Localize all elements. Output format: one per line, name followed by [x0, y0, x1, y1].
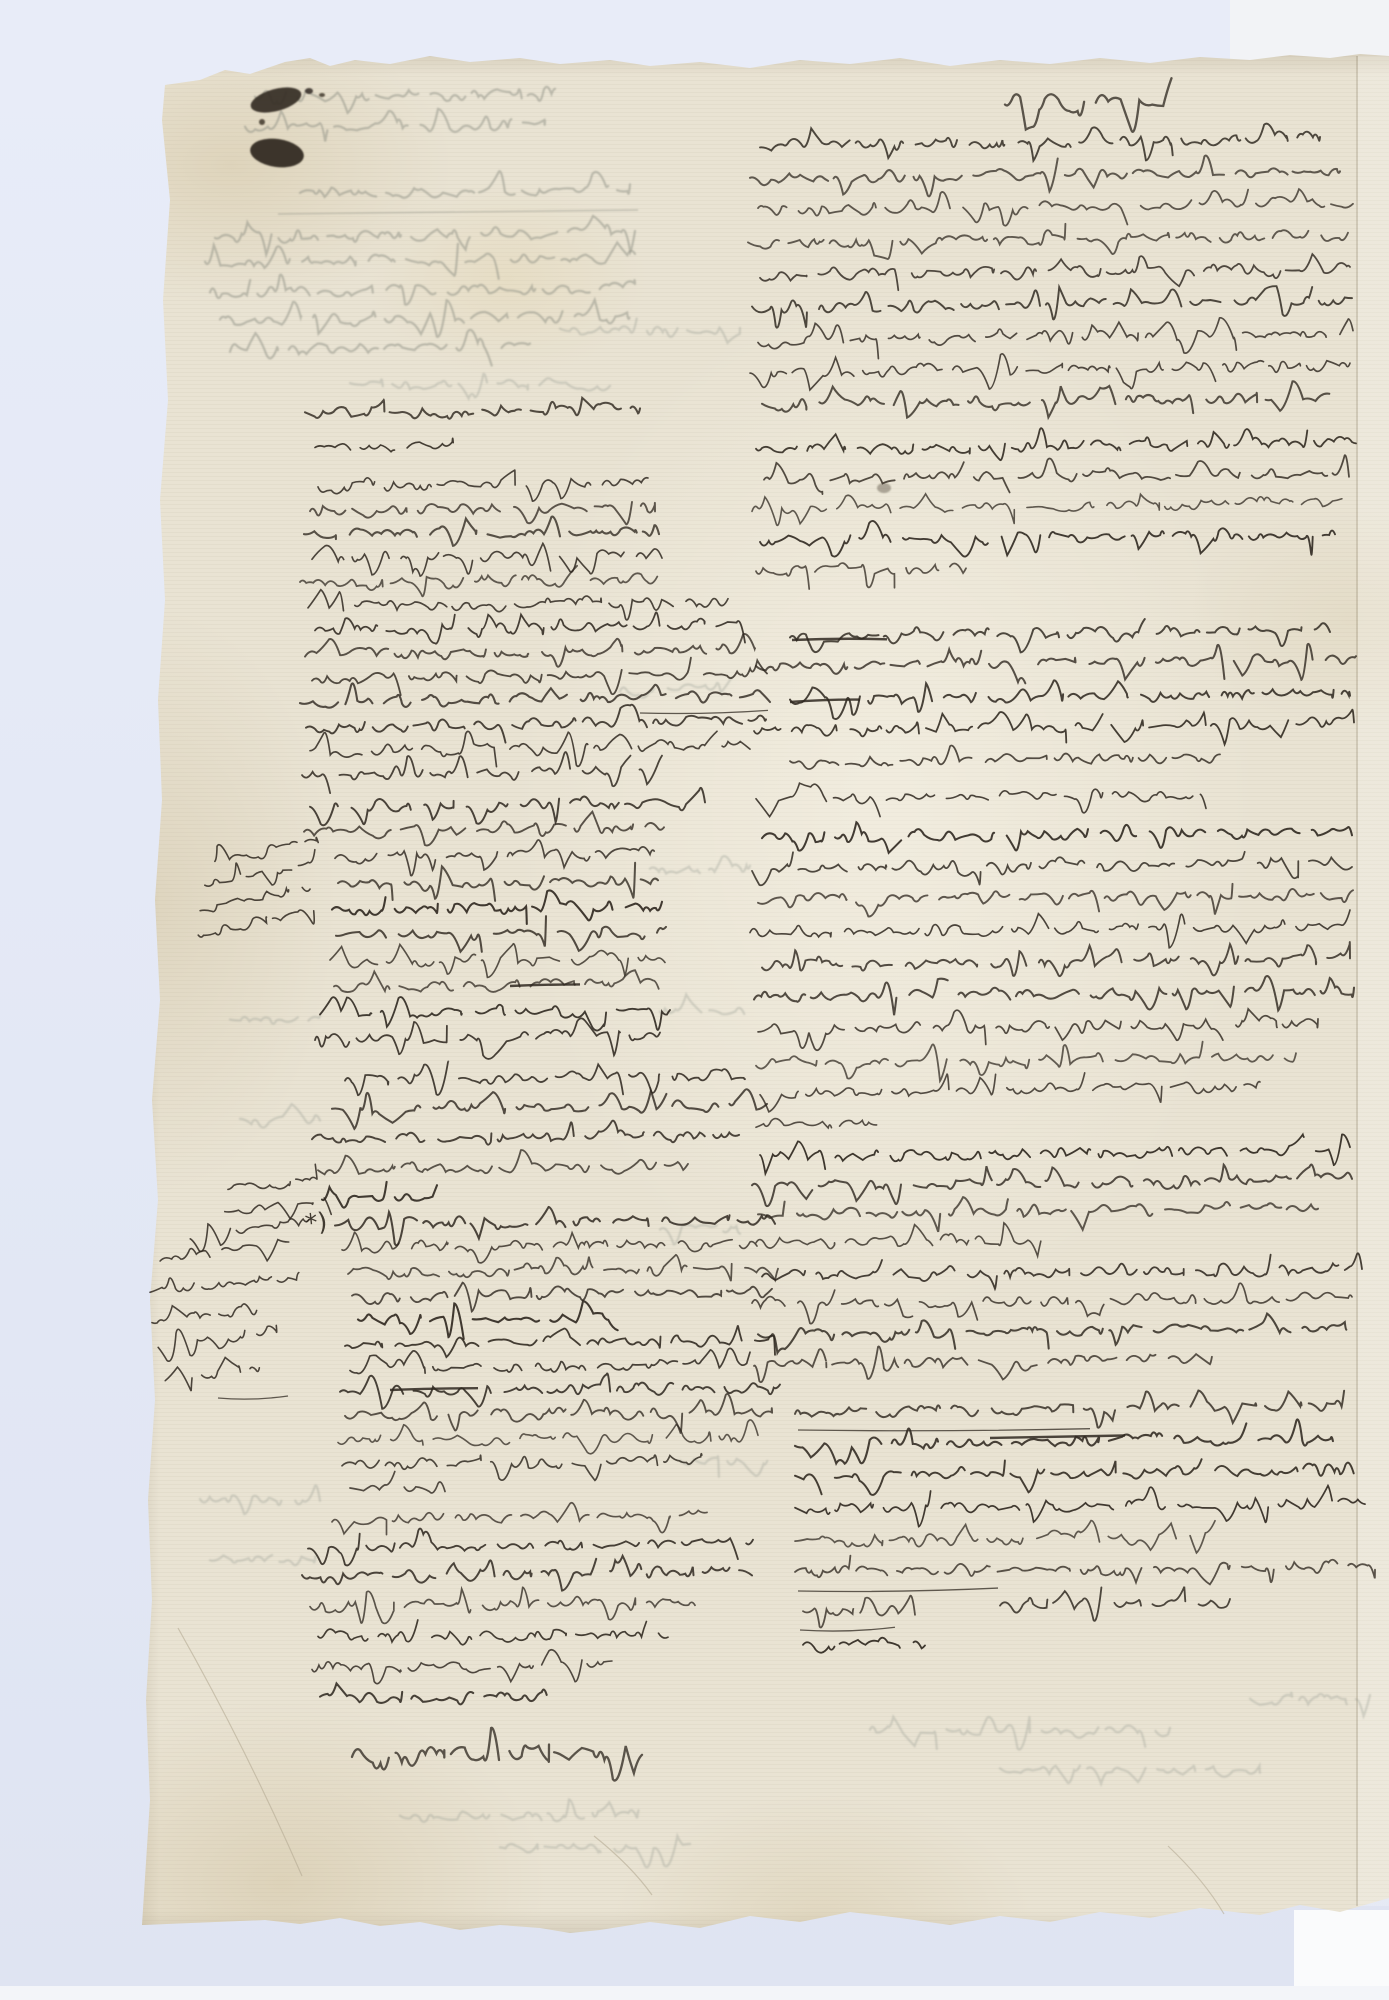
page-fold-edge [1356, 56, 1389, 1906]
manuscript-scan: *) [0, 0, 1389, 2000]
underlying-sheet-top-right [1230, 0, 1389, 62]
manuscript-page [130, 52, 1389, 1940]
scanner-bed-bottom-strip [0, 1986, 1389, 2000]
